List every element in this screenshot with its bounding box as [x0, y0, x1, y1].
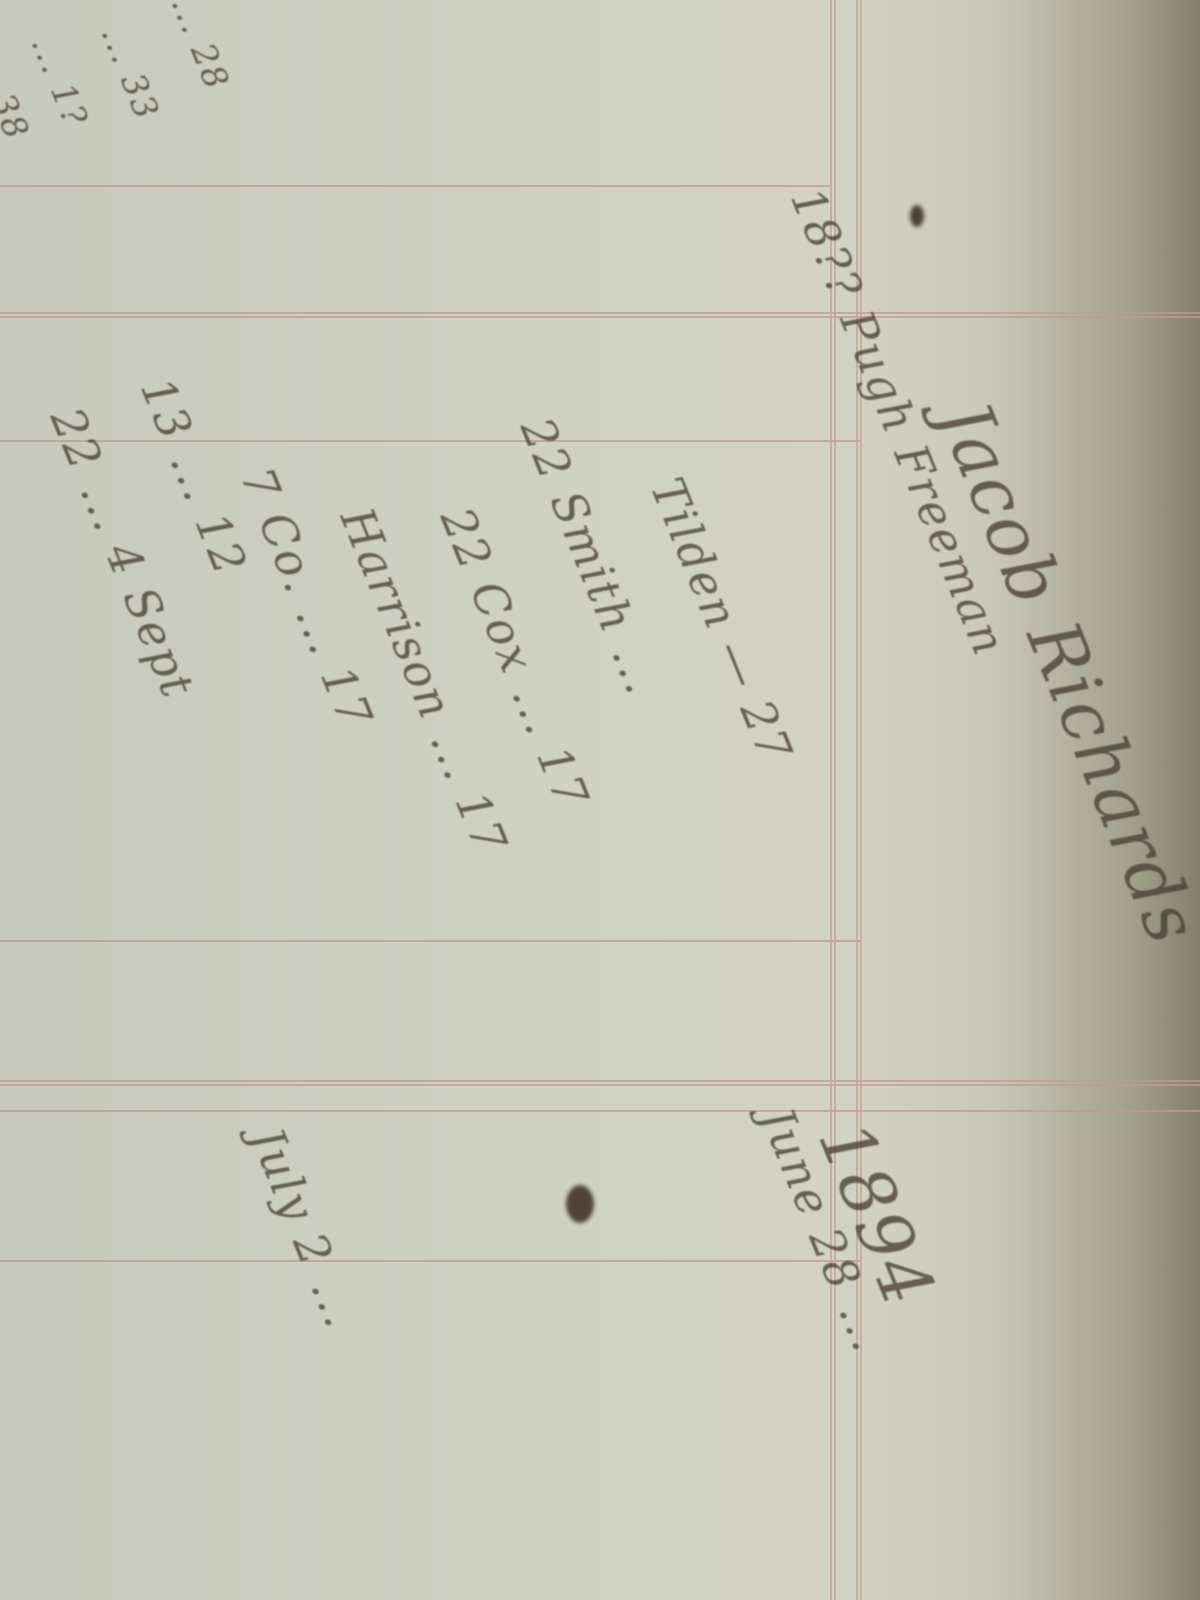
margin-fragment: ... 1? — [23, 30, 96, 133]
ruled-line — [0, 1080, 1200, 1086]
ledger-entry: July 2 ... — [240, 1120, 369, 1336]
ruled-line — [0, 1110, 1200, 1112]
ruled-line — [0, 185, 830, 187]
margin-fragment: ... 28 — [163, 0, 237, 96]
column-rule — [856, 0, 862, 1600]
ledger-entry: Tilden — 27 — [640, 470, 803, 770]
ruled-line — [0, 940, 860, 942]
ruled-line — [0, 440, 860, 442]
ruled-line — [0, 1260, 860, 1262]
ruled-line — [0, 312, 1200, 318]
ledger-page: Jacob Richards 1894 18?? Pugh Freeman Ti… — [0, 0, 1200, 1600]
ink-blot — [566, 1185, 594, 1223]
margin-fragment: ... 33 — [93, 20, 167, 126]
ink-blot — [910, 205, 924, 227]
